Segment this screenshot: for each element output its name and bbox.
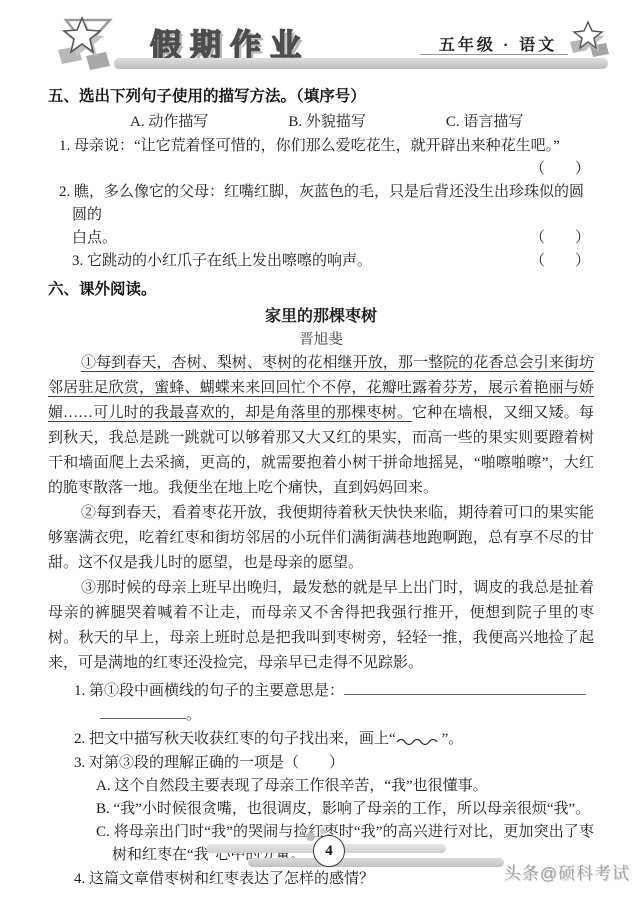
grade-subject-label: 五年级 · 语文 [428,32,568,55]
question-2-suffix: ”。 [442,731,464,747]
essay-author: 晋旭斐 [48,329,594,351]
question-1-text: 1. 第①段中画横线的句子的主要意思是： [74,683,344,699]
stars-logo-right-icon [566,20,612,69]
question-1-line2: 。 [48,703,594,727]
footer-swoosh-bottom [248,858,504,867]
grade-underline [420,54,568,55]
answer-bracket-1: （ ） [48,158,594,180]
question-1: 1. 第①段中画横线的句子的主要意思是： [48,679,594,703]
page-number: 4 [313,835,345,867]
section-5-options: A. 动作描写 B. 外貌描写 C. 语言描写 [48,110,594,134]
question-2: 2. 把文中描写秋天收获红枣的句子找出来，画上“”。 [48,727,594,751]
banner-bar [114,58,608,69]
sentence-item-2-tail: 白点。 [72,227,117,250]
reading-essay: 家里的那棵枣树 晋旭斐 ①每到春天，杏树、梨树、枣树的花相继开放，那一整院的花香… [48,305,594,676]
question-3: 3. 对第③段的理解正确的一项是（ ） [48,751,594,775]
answer-blank-short [100,704,186,719]
page-header: 假期作业 五年级 · 语文 [0,14,640,80]
option-b-label: B. 外貌描写 [288,110,366,134]
wavy-line-icon [396,735,442,745]
option-a-label: A. 动作描写 [130,110,208,134]
footer-dot-large [306,832,315,841]
section-5-heading: 五、选出下列句子使用的描写方法。（填序号） [48,86,594,108]
essay-title: 家里的那棵枣树 [48,305,594,329]
worksheet-content: 五、选出下列句子使用的描写方法。（填序号） A. 动作描写 B. 外貌描写 C.… [48,86,594,891]
section-6-heading: 六、课外阅读。 [48,279,594,301]
sentence-item-1: 1. 母亲说：“让它荒着怪可惜的，你们那么爱吃花生，就开辟出来种花生吧。” [48,135,594,158]
sentence-item-2-line1: 2. 瞧，多么像它的父母：红嘴红脚，灰蓝色的毛，只是后背还没生出珍珠似的圆圆的 [48,181,594,227]
question-3-option-b: B. “我”小时候很贪嘴，也很调皮，影响了母亲的工作，所以母亲很烦“我”。 [48,798,594,821]
answer-bracket-2: （ ） [530,227,594,250]
footer-dot-small [320,828,326,834]
essay-paragraph-3: ③那时候的母亲上班早出晚归，最发愁的就是早上出门时，调皮的我总是扯着母亲的裤腿哭… [48,576,594,676]
question-1-period: 。 [186,707,201,723]
question-3-option-a: A. 这个自然段主要表现了母亲工作很辛苦，“我”也很懂事。 [48,775,594,798]
essay-paragraph-2: ②每到春天，看着枣花开放，我便期待着秋天快快来临，期待着可口的果实能够塞满衣兜，… [48,501,594,576]
sentence-item-2-line2: 白点。 （ ） [48,227,594,250]
watermark-text: 头条@硕科考试 [504,859,630,884]
sentence-item-3: 3. 它跳动的小红爪子在纸上发出嚓嚓的响声。 （ ） [48,250,594,273]
answer-bracket-3: （ ） [530,250,594,273]
essay-paragraph-1: ①每到春天，杏树、梨树、枣树的花相继开放，那一整院的花香总会引来街坊邻居驻足欣赏… [48,351,594,501]
worksheet-page: 假期作业 五年级 · 语文 五、选出下列句子使用的描写方法。（填序号） A. 动… [0,0,640,900]
option-c-label: C. 语言描写 [446,110,524,134]
sentence-item-3-text: 3. 它跳动的小红爪子在纸上发出嚓嚓的响声。 [72,250,372,273]
stars-logo-left-icon [52,16,132,79]
answer-blank-long [344,680,586,695]
question-2-text: 2. 把文中描写秋天收获红枣的句子找出来，画上“ [74,731,396,747]
